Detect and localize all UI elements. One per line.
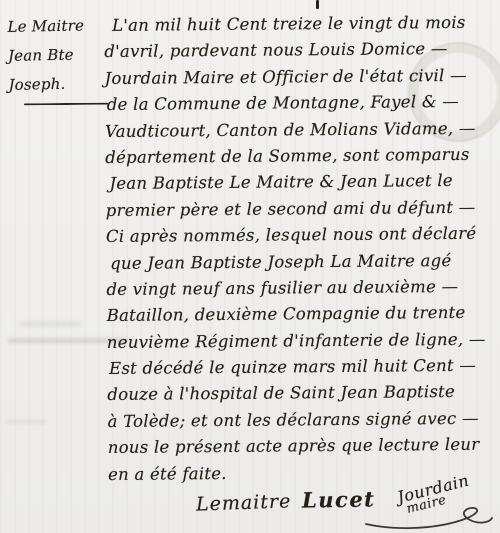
act-line: Vaudticourt, Canton de Molians Vidame, — [105, 115, 497, 145]
margin-note-firstname: Jean Bte [8, 40, 104, 71]
ink-bleed-mark [6, 420, 46, 424]
act-line: d'avril, pardevant nous Louis Domice — [104, 36, 496, 66]
act-line: département de la Somme, sont comparus [105, 142, 497, 172]
act-line: Ci après nommés, lesquel nous ont déclar… [106, 221, 498, 251]
signature-lemaitre: Lemaitre [196, 490, 292, 515]
act-line: Est décédé le quinze mars mil huit Cent … [107, 353, 499, 383]
act-line: Jean Baptiste Le Maitre & Jean Lucet le [105, 168, 497, 198]
ink-mark [316, 0, 319, 9]
margin-rule [24, 103, 108, 106]
margin-note-middlename: Joseph. [8, 69, 104, 100]
act-line: nous le présent acte après que lecture l… [108, 432, 500, 462]
act-line: à Tolède; et ont les déclarans signé ave… [107, 405, 499, 435]
act-line: de la Commune de Montagne, Fayel & — [105, 89, 497, 119]
act-line: L'an mil huit Cent treize le vingt du mo… [104, 10, 496, 40]
margin-annotation: Le Maitre Jean Bte Joseph. [7, 11, 105, 100]
ink-bleed-mark [20, 322, 80, 326]
act-line: Bataillon, deuxième Compagnie du trente [107, 300, 499, 330]
act-line: premier père et le second ami du défunt … [106, 194, 498, 224]
signature-paraph-flourish [362, 500, 494, 532]
act-line: neuvième Régiment d'infanterie de ligne,… [107, 326, 499, 356]
act-line: douze à l'hospital de Saint Jean Baptist… [107, 379, 499, 409]
act-body: L'an mil huit Cent treize le vingt du mo… [104, 10, 500, 488]
manuscript-page: Le Maitre Jean Bte Joseph. L'an mil huit… [0, 0, 500, 533]
margin-note-surname: Le Maitre [7, 11, 103, 42]
act-line: Jourdain Maire et Officier de l'état civ… [104, 62, 496, 92]
act-line: que Jean Baptiste Joseph La Maitre agé [106, 247, 498, 277]
act-line: de vingt neuf ans fusilier au deuxième — [106, 273, 498, 303]
